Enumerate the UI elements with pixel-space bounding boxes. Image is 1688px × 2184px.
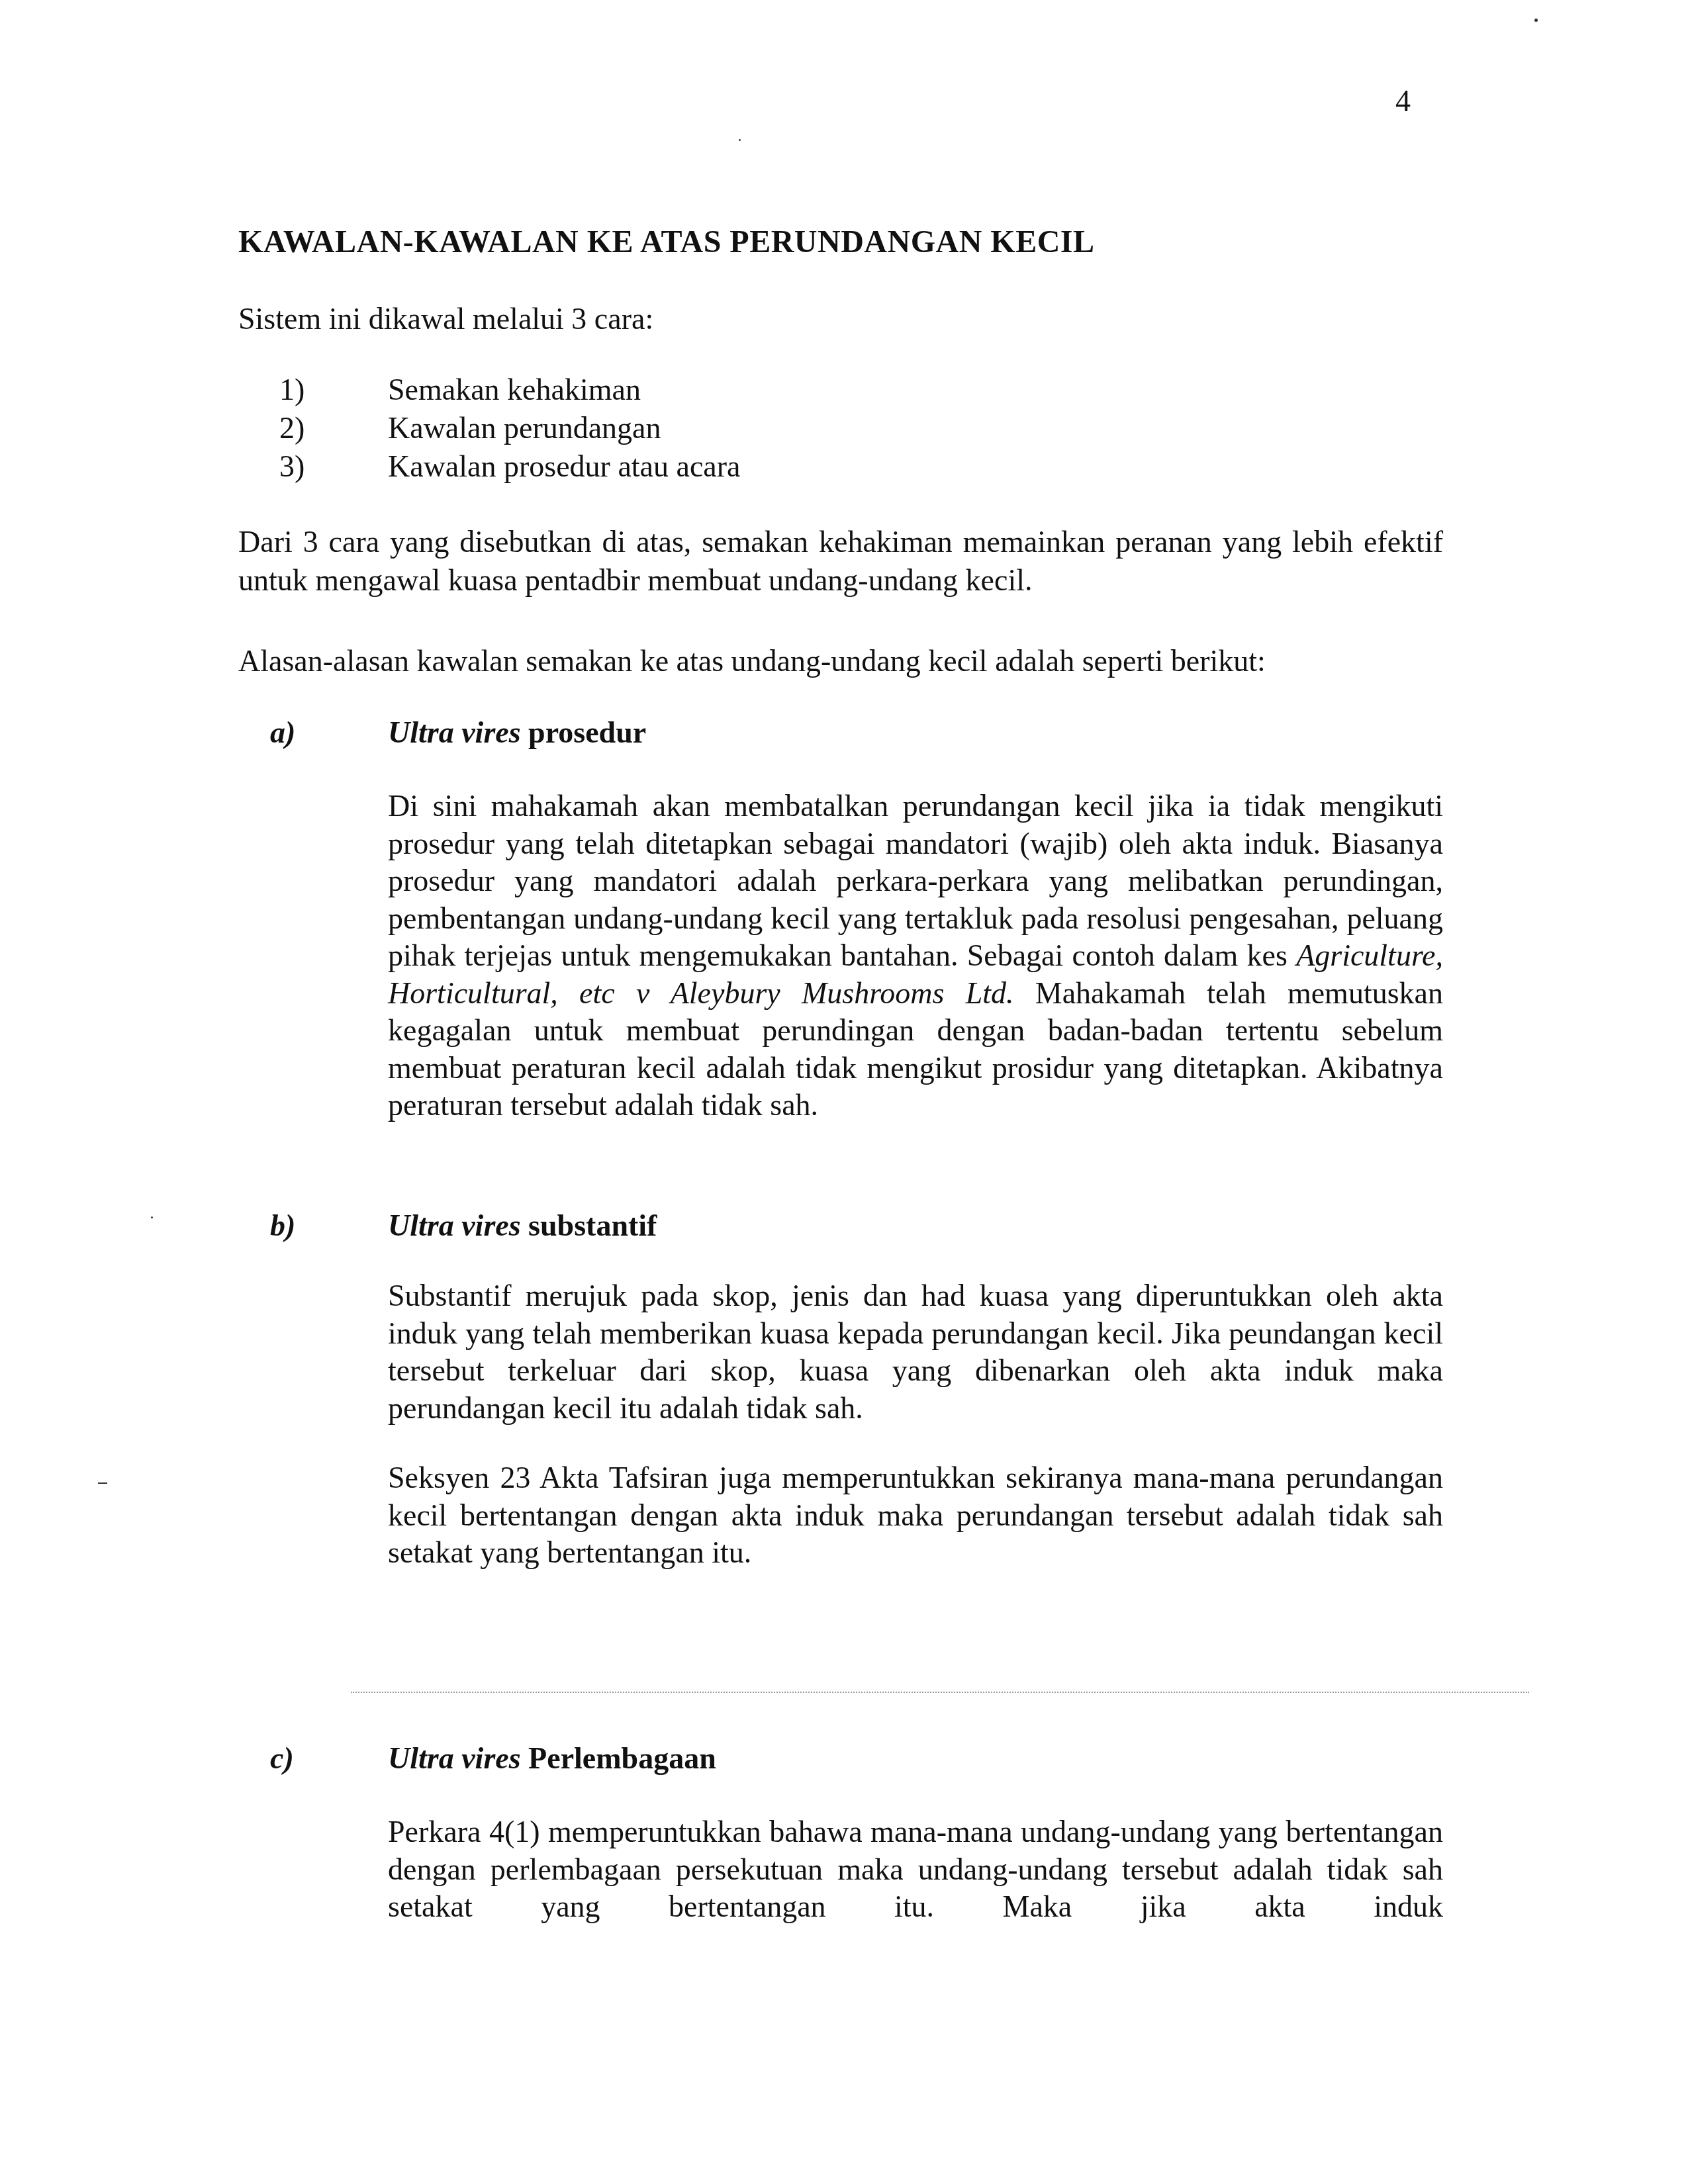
paragraph-reasons-intro: Alasan-alasan kawalan semakan ke atas un… <box>238 642 1443 680</box>
list-number: 1) <box>279 371 388 409</box>
scan-artifact-line <box>351 1692 1529 1693</box>
subsection-title-italic: Ultra vires <box>388 1208 521 1243</box>
subsection-letter: b) <box>238 1208 388 1243</box>
subsection-letter: c) <box>238 1741 388 1776</box>
list-label: Kawalan perundangan <box>388 409 661 447</box>
subsection-title-bold: Perlembagaan <box>528 1741 716 1776</box>
subsection-title-italic: Ultra vires <box>388 1741 521 1776</box>
intro-text: Sistem ini dikawal melalui 3 cara: <box>238 301 653 336</box>
list-number: 3) <box>279 447 388 486</box>
list-label: Semakan kehakiman <box>388 371 641 409</box>
scan-speck <box>151 1216 153 1218</box>
subsection-body-b: Substantif merujuk pada skop, jenis dan … <box>388 1277 1443 1427</box>
paragraph-effectiveness: Dari 3 cara yang disebutkan di atas, sem… <box>238 523 1443 600</box>
list-label: Kawalan prosedur atau acara <box>388 447 741 486</box>
subsection-letter: a) <box>238 715 388 750</box>
subsection-body-b-seksyen: Seksyen 23 Akta Tafsiran juga memperuntu… <box>388 1459 1443 1572</box>
list-item: 2) Kawalan perundangan <box>279 409 741 447</box>
subsection-body-c: Perkara 4(1) memperuntukkan bahawa mana-… <box>388 1813 1443 1926</box>
list-item: 1) Semakan kehakiman <box>279 371 741 409</box>
subsection-title-italic: Ultra vires <box>388 715 521 750</box>
list-number: 2) <box>279 409 388 447</box>
subsection-body-a: Di sini mahakamah akan membatalkan perun… <box>388 788 1443 1124</box>
list-item: 3) Kawalan prosedur atau acara <box>279 447 741 486</box>
subsection-heading-a: a) Ultra vires prosedur <box>238 715 646 750</box>
body-text: Di sini mahakamah akan membatalkan perun… <box>388 789 1443 972</box>
scan-speck <box>1534 19 1538 22</box>
page-number: 4 <box>1395 86 1411 116</box>
subsection-heading-c: c) Ultra vires Perlembagaan <box>238 1741 716 1776</box>
methods-list: 1) Semakan kehakiman 2) Kawalan perundan… <box>279 371 741 486</box>
subsection-title-bold: prosedur <box>528 715 646 750</box>
subsection-heading-b: b) Ultra vires substantif <box>238 1208 657 1243</box>
scan-speck <box>98 1482 107 1484</box>
section-heading: KAWALAN-KAWALAN KE ATAS PERUNDANGAN KECI… <box>238 224 1095 260</box>
subsection-title-bold: substantif <box>528 1208 657 1243</box>
scan-speck <box>739 139 741 141</box>
